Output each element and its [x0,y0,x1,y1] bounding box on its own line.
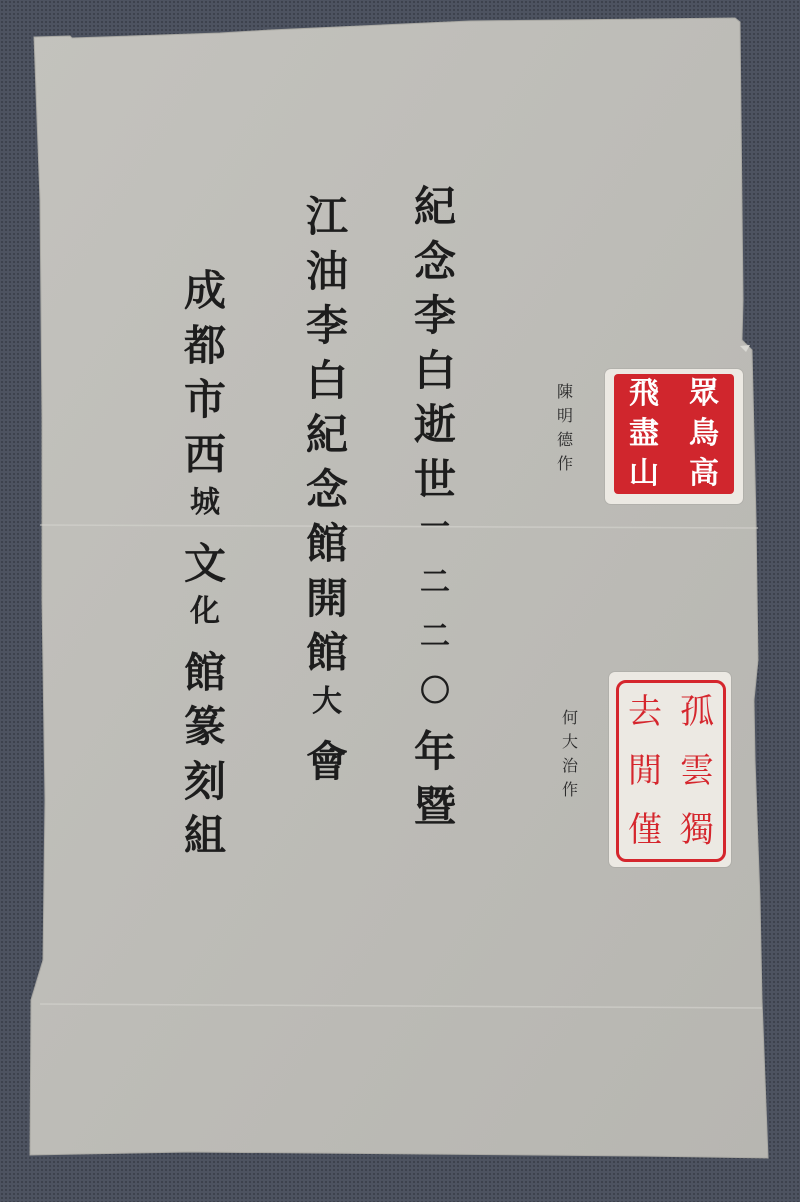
char: 大 [562,734,578,758]
char: 館 [184,652,226,707]
char: 開 [306,578,348,633]
seal-char: 孤 [680,695,714,729]
char: 都 [184,325,226,380]
char: 文 [184,543,226,598]
char: 李 [306,305,348,360]
char: 世 [414,459,456,514]
seal-char: 閒 [628,754,662,788]
char: 紀 [306,414,348,469]
char: 大 [312,687,342,742]
signature-1: 陳 明 德 作 [553,384,577,480]
calligraphy-column-1: 紀 念 李 白 逝 世 一 二 二 〇 年 暨 [408,186,462,840]
char: 明 [557,408,573,432]
char: 何 [562,710,578,734]
calligraphy-column-2: 江 油 李 白 紀 念 館 開 館 大 會 [300,196,354,796]
char: 刻 [184,761,226,816]
char: 化 [190,597,220,652]
seal-char: 眾 [689,379,719,409]
char: 二 [420,568,450,623]
char: 作 [557,456,573,480]
char: 紀 [414,186,456,241]
char: 作 [562,782,578,806]
char: 西 [184,434,226,489]
char: 篆 [184,706,226,761]
char: 白 [414,350,456,405]
char: 念 [414,241,456,296]
char: 治 [562,758,578,782]
seal-char: 鳥 [689,419,719,449]
char: 〇 [420,677,450,732]
char: 念 [306,469,348,524]
seal-impression-1: 眾 鳥 高 飛 盡 山 [614,374,734,494]
char: 館 [306,632,348,687]
char: 德 [557,432,573,456]
seal-char: 雲 [680,754,714,788]
char: 年 [414,731,456,786]
char: 二 [420,622,450,677]
seal-char: 獨 [680,813,714,847]
seal-char: 高 [689,459,719,489]
seal-char: 去 [628,695,662,729]
seal-char: 僅 [628,813,662,847]
char: 館 [306,523,348,578]
char: 一 [420,513,450,568]
char: 城 [190,488,220,543]
signature-2: 何 大 治 作 [558,710,582,806]
seal-impression-2: 孤 雲 獨 去 閒 僅 [616,680,726,862]
char: 暨 [414,786,456,841]
calligraphy-sheet: 紀 念 李 白 逝 世 一 二 二 〇 年 暨 江 油 李 白 紀 念 館 開 … [0,0,800,1202]
seal-char: 飛 [629,379,659,409]
seal-char: 盡 [629,419,659,449]
char: 會 [306,741,348,796]
char: 成 [184,270,226,325]
char: 市 [184,379,226,434]
char: 李 [414,295,456,350]
char: 江 [306,196,348,251]
char: 組 [184,815,226,870]
char: 油 [306,251,348,306]
char: 白 [306,360,348,415]
seal-char: 山 [629,459,659,489]
paper-background [0,0,800,1202]
calligraphy-column-3: 成 都 市 西 城 文 化 館 篆 刻 組 [178,270,232,870]
char: 逝 [414,404,456,459]
char: 陳 [557,384,573,408]
